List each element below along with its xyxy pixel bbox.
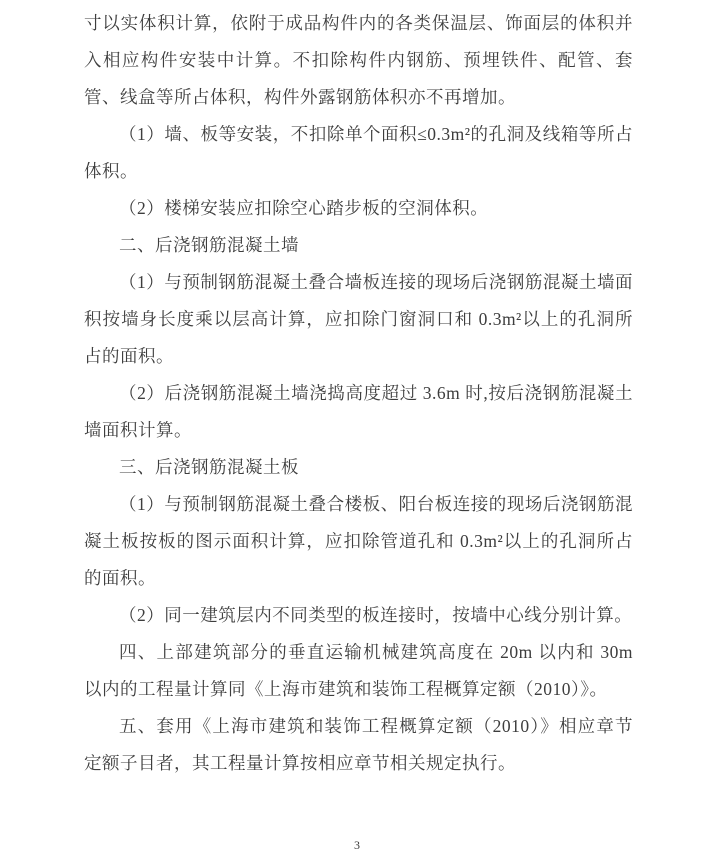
- paragraph-item-1-wall: （1）与预制钢筋混凝土叠合墙板连接的现场后浇钢筋混凝土墙面积按墙身长度乘以层高计…: [84, 264, 633, 375]
- paragraph-item-1: （1）墙、板等安装，不扣除单个面积≤0.3m²的孔洞及线箱等所占体积。: [84, 116, 633, 190]
- paragraph-item-2-wall: （2）后浇钢筋混凝土墙浇捣高度超过 3.6m 时,按后浇钢筋混凝土墙面积计算。: [84, 375, 633, 449]
- paragraph-item-2: （2）楼梯安装应扣除空心踏步板的空洞体积。: [84, 190, 633, 227]
- paragraph-item-2-slab: （2）同一建筑层内不同类型的板连接时，按墙中心线分别计算。: [84, 597, 633, 634]
- section-heading-2: 二、后浇钢筋混凝土墙: [84, 227, 633, 264]
- page-footer: 3: [0, 836, 714, 854]
- page-number: 3: [354, 838, 360, 852]
- section-heading-5: 五、套用《上海市建筑和装饰工程概算定额（2010）》相应章节定额子目者，其工程量…: [84, 708, 633, 782]
- document-page: 寸以实体积计算，依附于成品构件内的各类保温层、饰面层的体积并入相应构件安装中计算…: [0, 0, 714, 866]
- section-heading-4: 四、上部建筑部分的垂直运输机械建筑高度在 20m 以内和 30m 以内的工程量计…: [84, 634, 633, 708]
- paragraph-item-1-slab: （1）与预制钢筋混凝土叠合楼板、阳台板连接的现场后浇钢筋混凝土板按板的图示面积计…: [84, 486, 633, 597]
- document-body: 寸以实体积计算，依附于成品构件内的各类保温层、饰面层的体积并入相应构件安装中计算…: [84, 5, 633, 782]
- paragraph-continuation: 寸以实体积计算，依附于成品构件内的各类保温层、饰面层的体积并入相应构件安装中计算…: [84, 5, 633, 116]
- section-heading-3: 三、后浇钢筋混凝土板: [84, 449, 633, 486]
